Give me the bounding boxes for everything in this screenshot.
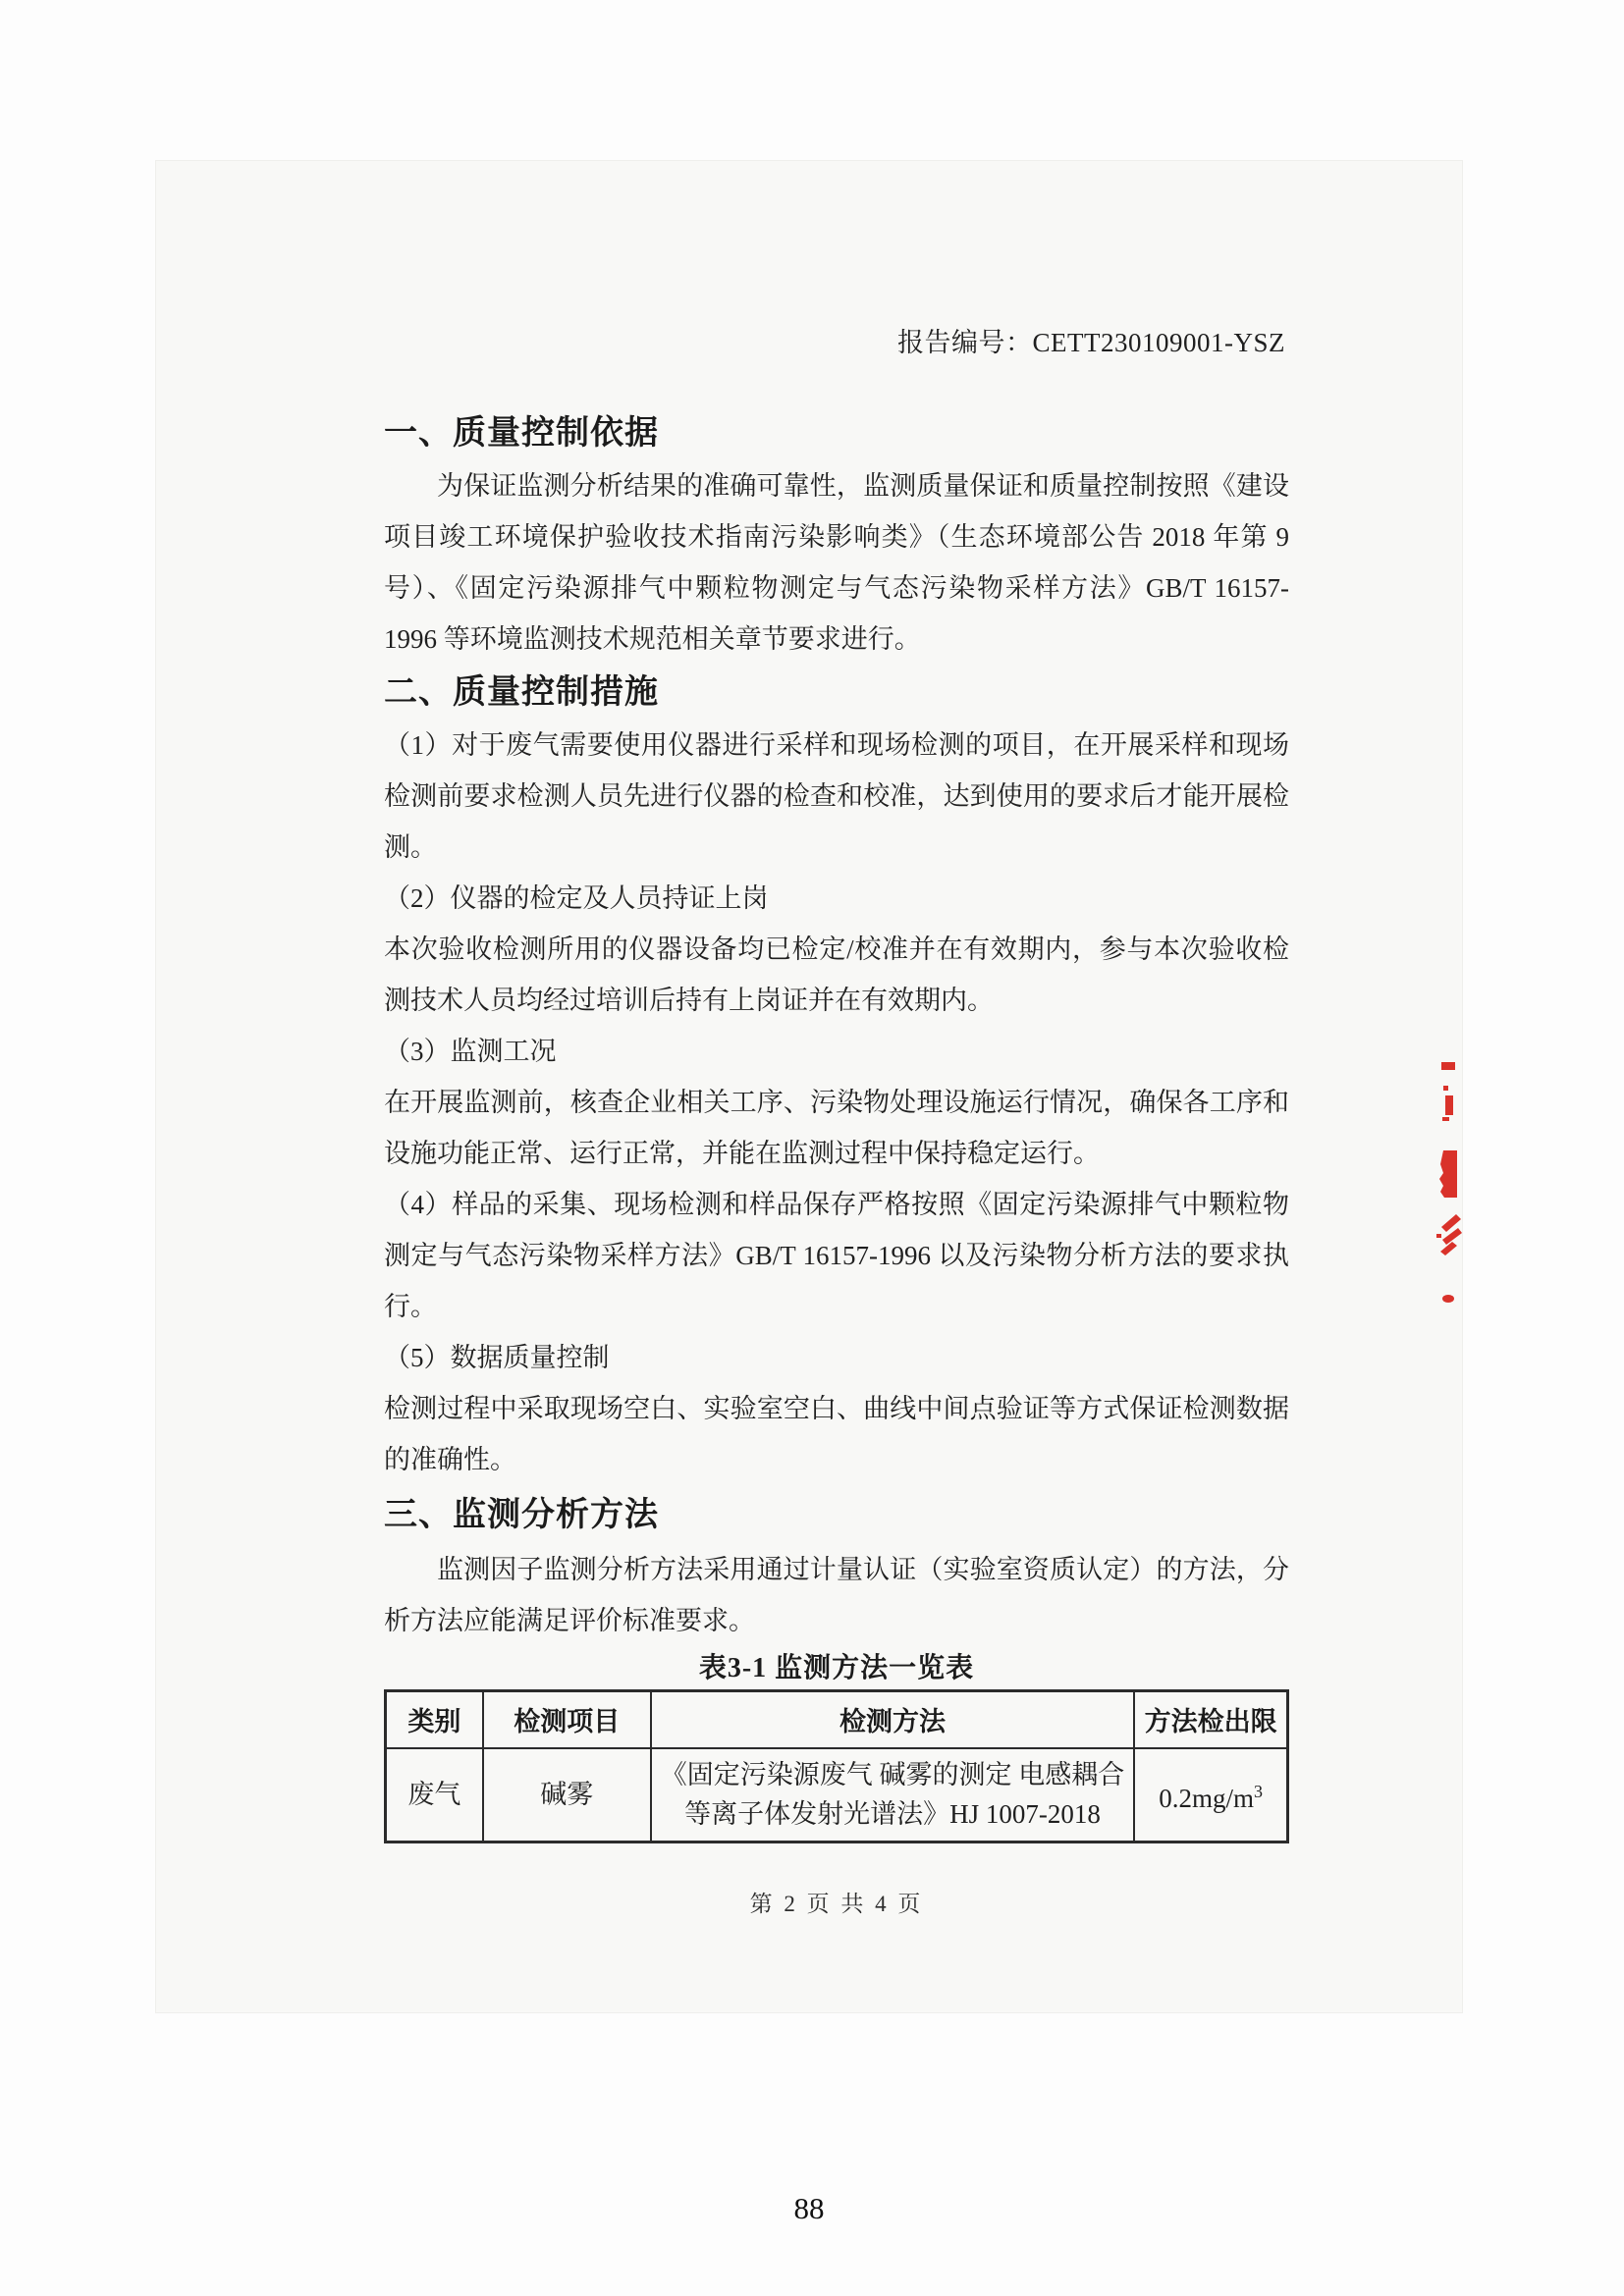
section-2-item: 本次验收检测所用的仪器设备均已检定/校准并在有效期内，参与本次验收检测技术人员均… <box>384 924 1289 1026</box>
table-row: 废气 碱雾 《固定污染源废气 碱雾的测定 电感耦合等离子体发射光谱法》HJ 10… <box>386 1748 1288 1842</box>
section-2-heading: 二、质量控制措施 <box>384 672 1289 712</box>
section-2-item: （1）对于废气需要使用仪器进行采样和现场检测的项目，在开展采样和现场检测前要求检… <box>384 720 1289 873</box>
section-2-body: （1）对于废气需要使用仪器进行采样和现场检测的项目，在开展采样和现场检测前要求检… <box>384 720 1289 1485</box>
section-2-item: （3）监测工况 <box>384 1026 1289 1077</box>
section-2-item: 在开展监测前，核查企业相关工序、污染物处理设施运行情况，确保各工序和设施功能正常… <box>384 1077 1289 1179</box>
table-title: 表3-1 监测方法一览表 <box>384 1652 1289 1685</box>
section-2-item: （5）数据质量控制 <box>384 1332 1289 1383</box>
monitoring-methods-table: 类别 检测项目 检测方法 方法检出限 废气 碱雾 《固定污染源废气 碱雾的测定 … <box>384 1689 1289 1843</box>
cell-method: 《固定污染源废气 碱雾的测定 电感耦合等离子体发射光谱法》HJ 1007-201… <box>651 1748 1135 1842</box>
limit-value: 0.2mg/m <box>1159 1784 1254 1813</box>
header-cell-category: 类别 <box>386 1691 483 1748</box>
header-cell-item: 检测项目 <box>483 1691 651 1748</box>
header-cell-method: 检测方法 <box>651 1691 1135 1748</box>
section-2-item: （2）仪器的检定及人员持证上岗 <box>384 873 1289 924</box>
section-3-heading: 三、监测分析方法 <box>384 1495 1289 1534</box>
limit-exponent: 3 <box>1254 1782 1263 1801</box>
cell-limit: 0.2mg/m3 <box>1134 1748 1287 1842</box>
section-3-paragraph: 监测因子监测分析方法采用通过计量认证（实验室资质认定）的方法，分析方法应能满足评… <box>384 1544 1289 1646</box>
report-number: 报告编号：CETT230109001-YSZ <box>897 326 1285 359</box>
section-2-item: 检测过程中采取现场空白、实验室空白、曲线中间点验证等方式保证检测数据的准确性。 <box>384 1383 1289 1485</box>
section-2-item: （4）样品的采集、现场检测和样品保存严格按照《固定污染源排气中颗粒物测定与气态污… <box>384 1179 1289 1332</box>
page-content: 一、质量控制依据 为保证监测分析结果的准确可靠性，监测质量保证和质量控制按照《建… <box>384 413 1289 1843</box>
footer-page-info: 第 2 页 共 4 页 <box>384 1886 1289 1918</box>
page-number: 88 <box>155 2191 1463 2226</box>
cell-item: 碱雾 <box>483 1748 651 1842</box>
document-sheet: 报告编号：CETT230109001-YSZ 一、质量控制依据 为保证监测分析结… <box>0 0 1624 2296</box>
red-stamp-fragment-icon <box>1433 1059 1464 1314</box>
cell-category: 废气 <box>386 1748 483 1842</box>
scanned-page: 报告编号：CETT230109001-YSZ 一、质量控制依据 为保证监测分析结… <box>155 160 1463 2013</box>
header-cell-limit: 方法检出限 <box>1134 1691 1287 1748</box>
section-1-heading: 一、质量控制依据 <box>384 413 1289 453</box>
section-1-paragraph: 为保证监测分析结果的准确可靠性，监测质量保证和质量控制按照《建设项目竣工环境保护… <box>384 460 1289 665</box>
table-header-row: 类别 检测项目 检测方法 方法检出限 <box>386 1691 1288 1748</box>
